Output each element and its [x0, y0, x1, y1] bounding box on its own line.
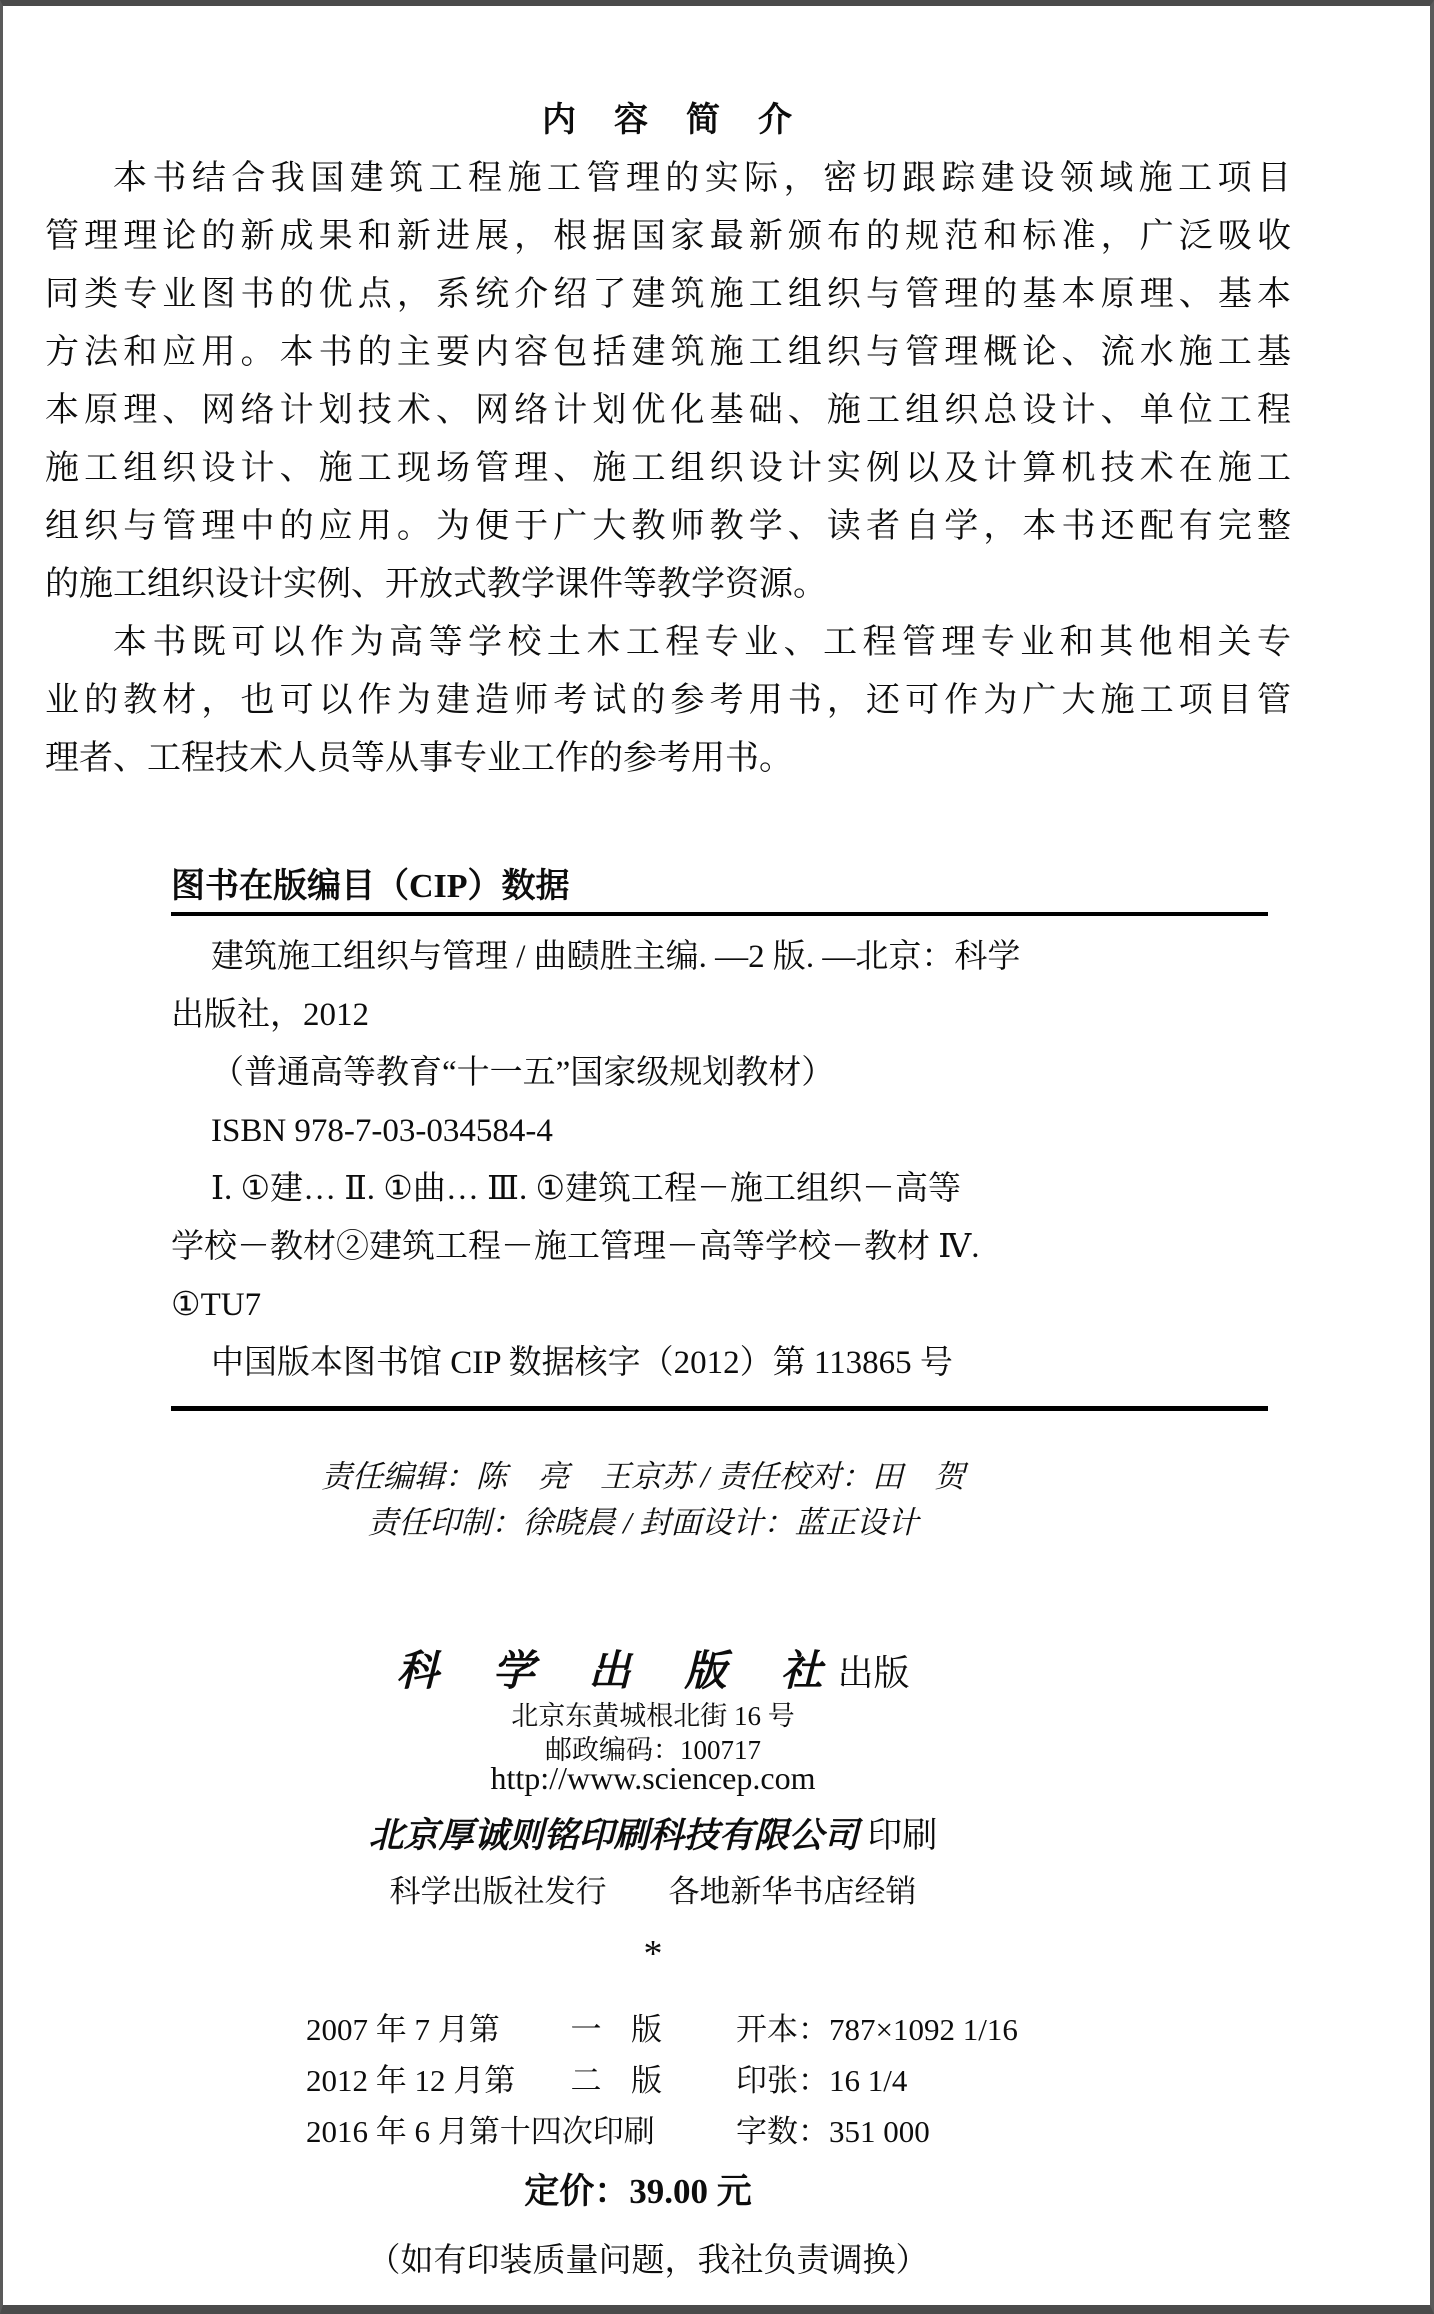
- printing-date: 2016 年 6 月第十四次印刷: [306, 2106, 655, 2151]
- edition-label: 版: [631, 2004, 662, 2049]
- quality-note: （如有印装质量问题，我社负责调换）: [3, 2234, 1293, 2281]
- staff-credits: 责任编辑：陈 亮 王京苏 / 责任校对：田 贺 责任印制：徐晓晨 / 封面设计：…: [3, 1454, 1283, 1546]
- intro-line: 的施工组织设计实例、开放式教学课件等教学资源。: [45, 556, 1291, 614]
- cip-header: 图书在版编目（CIP）数据: [171, 858, 570, 907]
- edition-date: 2007 年 7 月第: [306, 2004, 500, 2049]
- wordcount-spec: 字数：351 000: [736, 2106, 930, 2151]
- distribution-line: 科学出版社发行 各地新华书店经销: [3, 1866, 1303, 1911]
- edition-date: 2012 年 12 月第: [306, 2055, 515, 2100]
- publisher-imprint-suffix: 出版: [838, 1653, 910, 1693]
- intro-line: 本书结合我国建筑工程施工管理的实际，密切跟踪建设领域施工项目: [45, 150, 1291, 208]
- cip-line: 出版社，2012: [171, 986, 1271, 1044]
- edition-number: 二: [534, 2055, 638, 2100]
- credits-printing: 责任印制：徐晓晨 / 封面设计：蓝正设计: [3, 1500, 1283, 1546]
- intro-line: 管理理论的新成果和新进展，根据国家最新颁布的规范和标准，广泛吸收: [45, 208, 1291, 266]
- print-run-row: 2012 年 12 月第 二 版 印张：16 1/4: [306, 2055, 1306, 2106]
- print-run-row: 2016 年 6 月第十四次印刷 字数：351 000: [306, 2106, 1306, 2157]
- separator-asterisk: *: [3, 1932, 1303, 1976]
- cip-line: 中国版本图书馆 CIP 数据核字（2012）第 113865 号: [171, 1334, 1271, 1392]
- intro-line: 同类专业图书的优点，系统介绍了建筑施工组织与管理的基本原理、基本: [45, 266, 1291, 324]
- cip-top-rule: [171, 912, 1268, 916]
- publisher-logotype: 科 学 出 版 社: [396, 1649, 828, 1695]
- copyright-page: 内 容 简 介 本书结合我国建筑工程施工管理的实际，密切跟踪建设领域施工项目 管…: [0, 0, 1434, 2314]
- cip-line: ISBN 978-7-03-034584-4: [171, 1102, 1271, 1160]
- page-title: 内 容 简 介: [45, 92, 1291, 141]
- edition-number: 一: [534, 2004, 638, 2049]
- intro-line: 本书既可以作为高等学校土木工程专业、工程管理专业和其他相关专: [45, 614, 1291, 672]
- sheets-spec: 印张：16 1/4: [736, 2055, 907, 2100]
- price-line: 定价：39.00 元: [3, 2164, 1273, 2214]
- intro-line: 方法和应用。本书的主要内容包括建筑施工组织与管理概论、流水施工基: [45, 324, 1291, 382]
- intro-line: 理者、工程技术人员等从事专业工作的参考用书。: [45, 730, 1291, 788]
- cip-line: 学校－教材②建筑工程－施工管理－高等学校－教材 Ⅳ.: [171, 1218, 1271, 1276]
- edition-label: 版: [631, 2055, 662, 2100]
- publisher-imprint-line: 科 学 出 版 社 出版: [3, 1638, 1303, 1698]
- cip-line: ①TU7: [171, 1276, 1271, 1334]
- cip-line: （普通高等教育“十一五”国家级规划教材）: [171, 1044, 1271, 1102]
- cip-bottom-rule: [171, 1406, 1268, 1411]
- cip-line: 建筑施工组织与管理 / 曲赜胜主编. —2 版. —北京：科学: [171, 928, 1271, 986]
- intro-line: 本原理、网络计划技术、网络计划优化基础、施工组织总设计、单位工程: [45, 382, 1291, 440]
- publisher-url: http://www.sciencep.com: [3, 1760, 1303, 1797]
- intro-line: 业的教材，也可以作为建造师考试的参考用书，还可作为广大施工项目管: [45, 672, 1291, 730]
- print-run-row: 2007 年 7 月第 一 版 开本：787×1092 1/16: [306, 2004, 1306, 2055]
- cip-data-block: 建筑施工组织与管理 / 曲赜胜主编. —2 版. —北京：科学 出版社，2012…: [171, 928, 1271, 1392]
- intro-line: 施工组织设计、施工现场管理、施工组织设计实例以及计算机技术在施工: [45, 440, 1291, 498]
- intro-line: 组织与管理中的应用。为便于广大教师教学、读者自学，本书还配有完整: [45, 498, 1291, 556]
- printer-suffix: 印刷: [867, 1816, 937, 1855]
- printer-name: 北京厚诚则铭印刷科技有限公司: [369, 1816, 859, 1855]
- print-run-info: 2007 年 7 月第 一 版 开本：787×1092 1/16 2012 年 …: [306, 2004, 1306, 2157]
- cip-line: Ⅰ. ①建… Ⅱ. ①曲… Ⅲ. ①建筑工程－施工组织－高等: [171, 1160, 1271, 1218]
- intro-paragraphs: 本书结合我国建筑工程施工管理的实际，密切跟踪建设领域施工项目 管理理论的新成果和…: [45, 150, 1291, 788]
- format-spec: 开本：787×1092 1/16: [736, 2004, 1018, 2049]
- printer-line: 北京厚诚则铭印刷科技有限公司 印刷: [3, 1808, 1303, 1858]
- credits-editors: 责任编辑：陈 亮 王京苏 / 责任校对：田 贺: [3, 1454, 1283, 1500]
